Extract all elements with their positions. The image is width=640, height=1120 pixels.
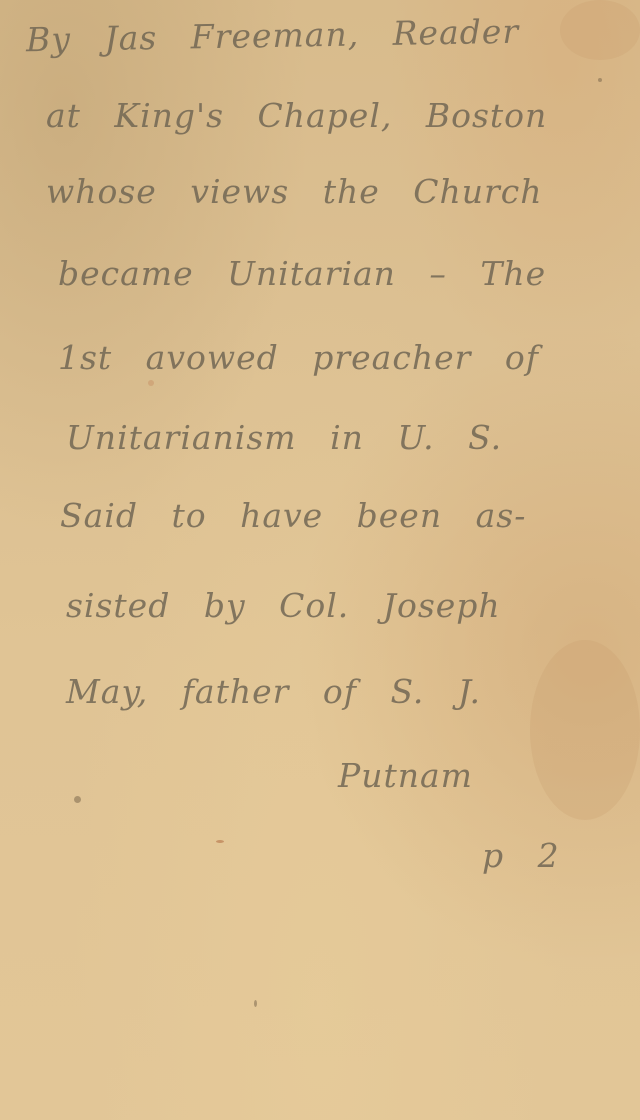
- handwritten-line-8: sisted by Col. Joseph: [66, 586, 501, 625]
- paper-speck: [598, 78, 602, 82]
- handwritten-line-2: at King's Chapel, Boston: [46, 96, 547, 135]
- signature: Putnam: [338, 756, 473, 795]
- handwritten-line-7: Said to have been as-: [60, 496, 526, 535]
- handwritten-line-1: By Jas Freeman, Reader: [26, 12, 520, 60]
- handwritten-line-4: became Unitarian – The: [58, 254, 546, 293]
- paper-speck: [74, 796, 81, 803]
- paper-stain: [530, 640, 640, 820]
- handwritten-line-3: whose views the Church: [46, 172, 543, 211]
- paper-stain: [560, 0, 640, 60]
- paper-speck: [254, 1000, 257, 1007]
- document-page: By Jas Freeman, Reader at King's Chapel,…: [0, 0, 640, 1120]
- page-marker: p 2: [482, 836, 560, 875]
- handwritten-line-5: 1st avowed preacher of: [58, 338, 539, 377]
- handwritten-line-6: Unitarianism in U. S.: [66, 418, 502, 457]
- paper-speck: [148, 380, 154, 386]
- handwritten-line-9: May, father of S. J.: [66, 672, 481, 711]
- paper-speck: [216, 840, 224, 843]
